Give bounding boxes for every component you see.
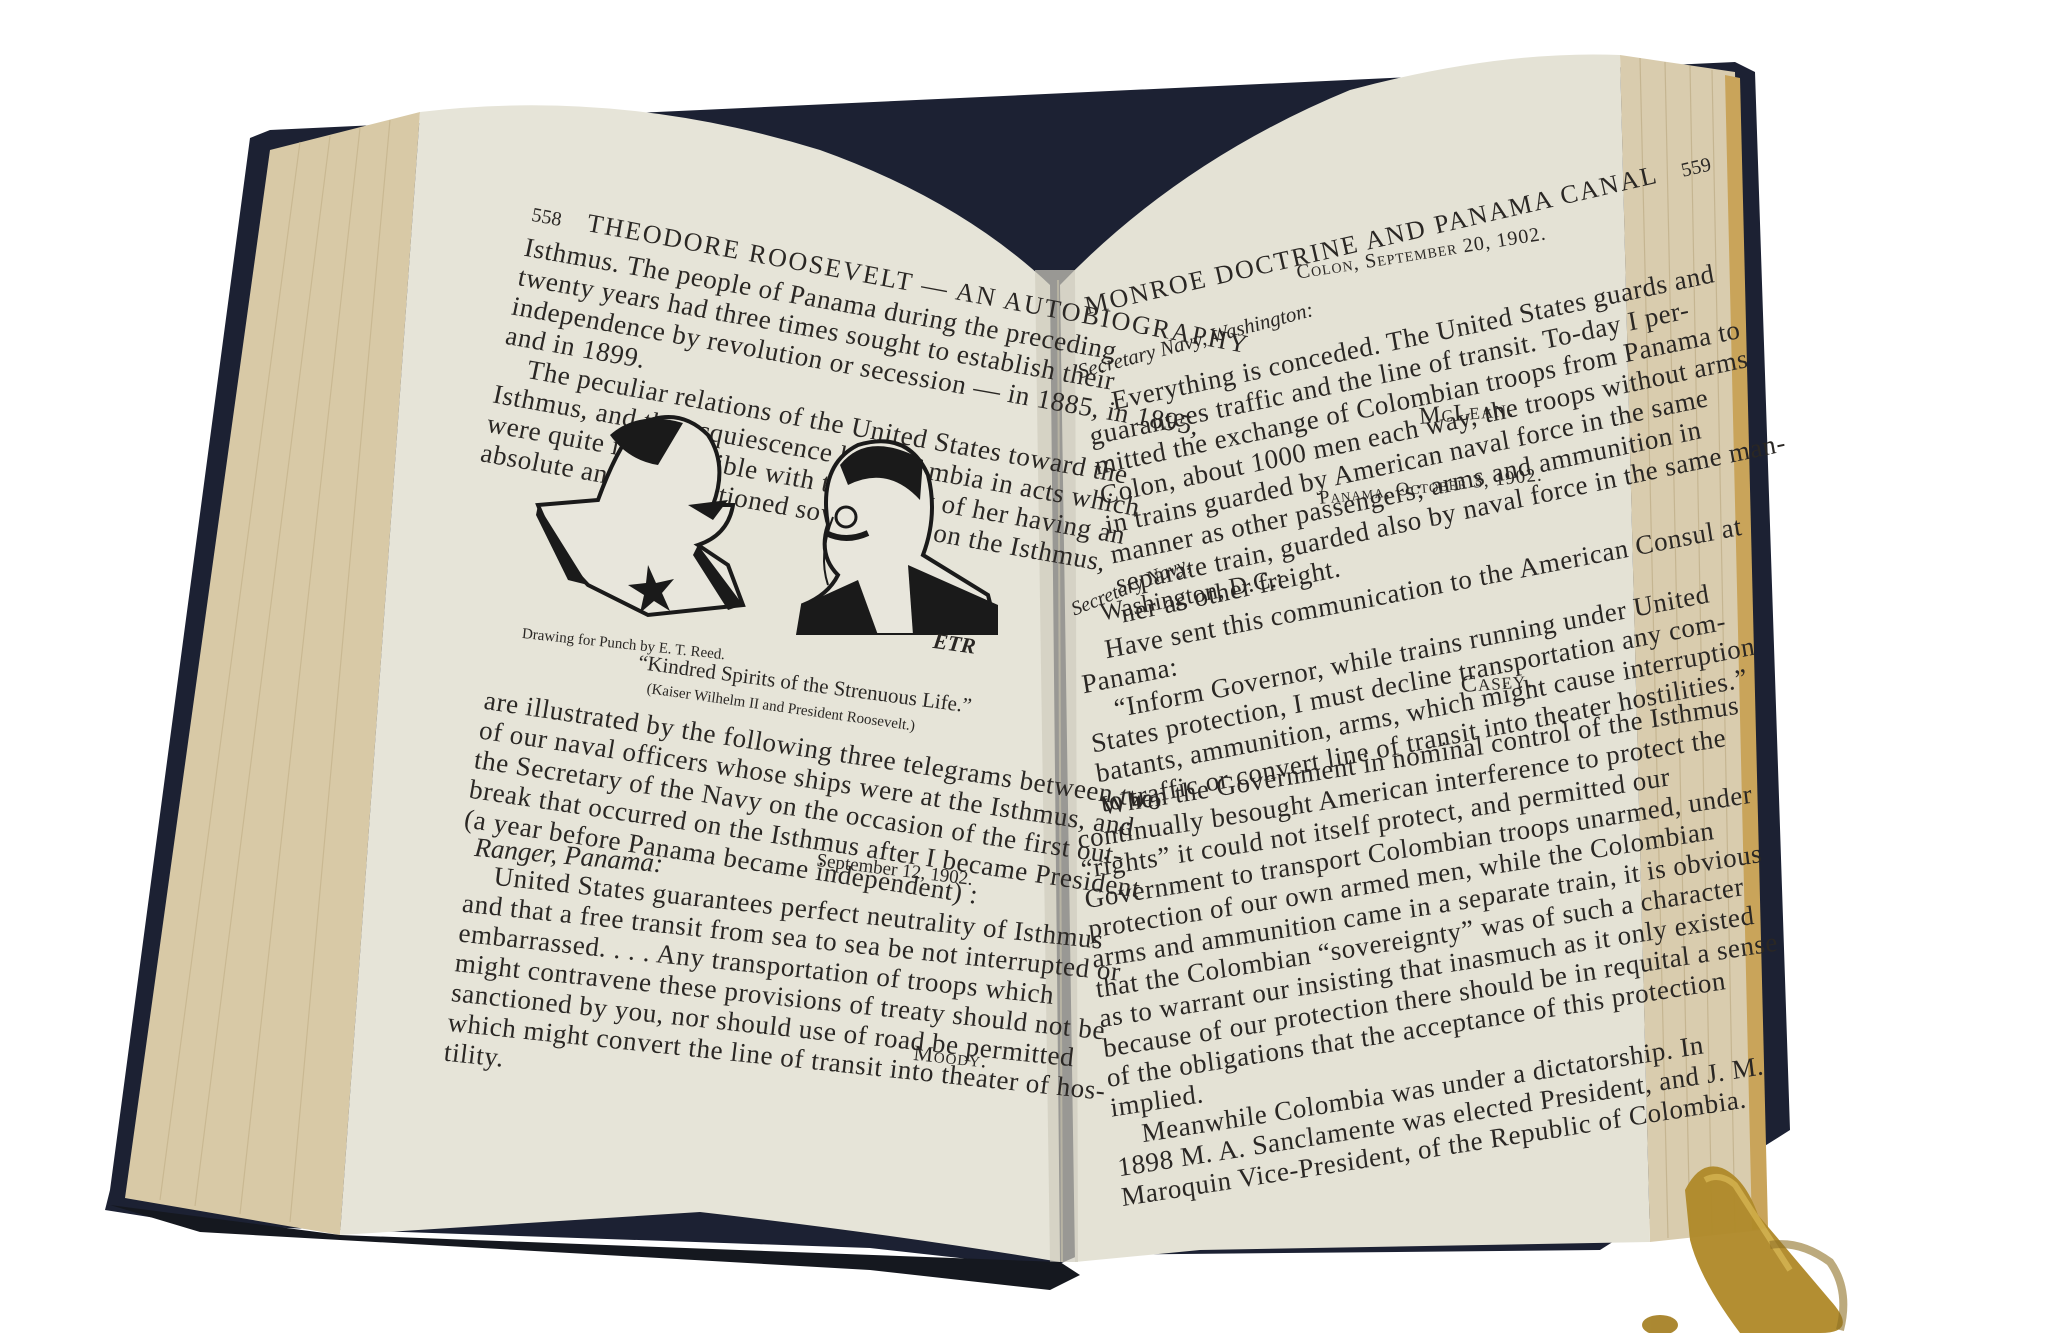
roosevelt-caricature	[798, 441, 998, 635]
left-page-number: 558	[530, 204, 564, 231]
telegram-3-signature: Casey.	[1460, 667, 1534, 699]
right-page-number: 559	[1679, 154, 1713, 182]
cartoon-illustration	[528, 405, 998, 635]
book-photo: 558 THEODORE ROOSEVELT — AN AUTOBIOGRAPH…	[0, 0, 2048, 1333]
kaiser-caricature	[536, 417, 743, 615]
